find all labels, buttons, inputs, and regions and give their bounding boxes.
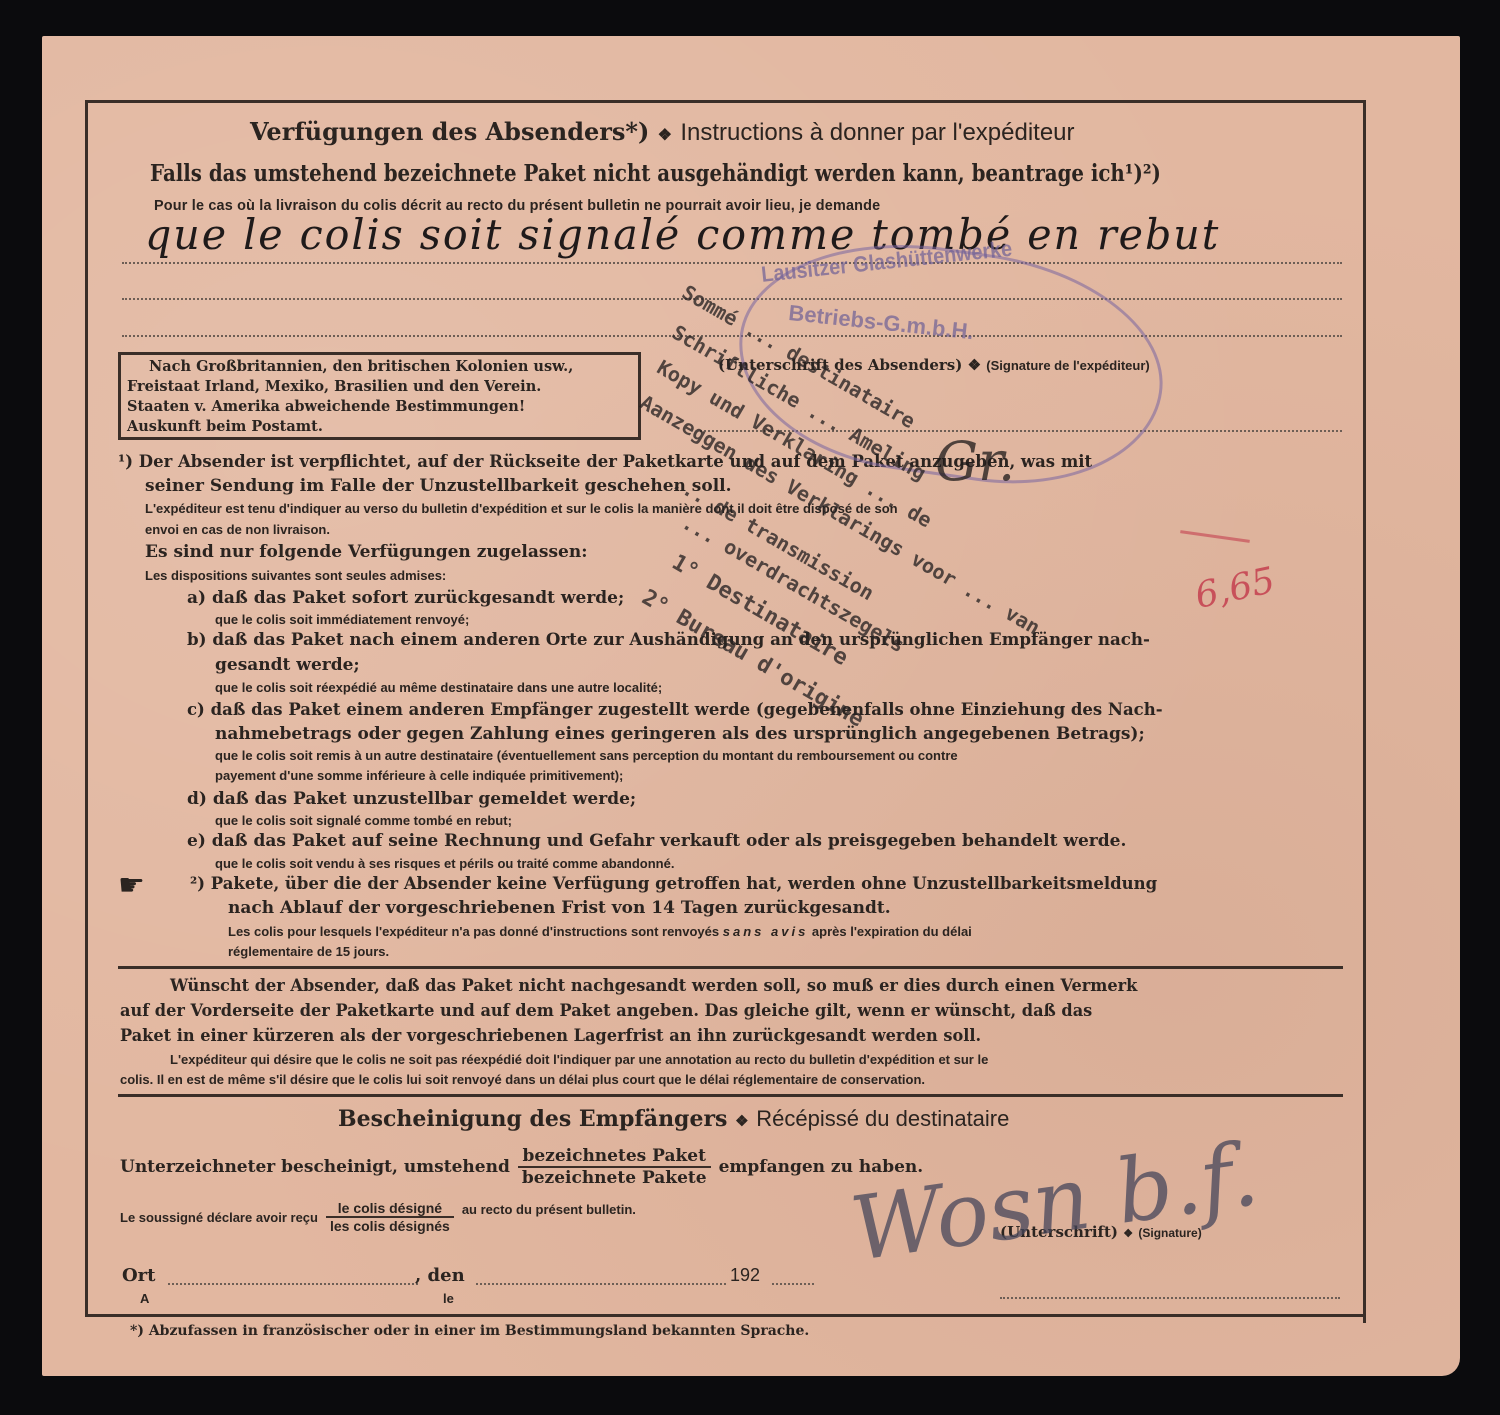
- year-field[interactable]: [772, 1283, 814, 1285]
- footnote2-fr-text: après l'expiration du délai: [812, 924, 972, 939]
- title-fr: Instructions à donner par l'expéditeur: [680, 119, 1074, 146]
- notice-box: Nach Großbritannien, den britischen Kolo…: [118, 352, 641, 440]
- footnote-marker: ¹): [118, 452, 133, 472]
- receipt-title-de: Bescheinigung des Empfängers: [338, 1106, 727, 1132]
- receipt-fr-suffix: au recto du présent bulletin.: [462, 1202, 636, 1217]
- forwarding-fr-line1: L'expéditeur qui désire que le colis ne …: [170, 1052, 988, 1067]
- instruction-line-3: [122, 335, 1342, 337]
- request-de: Falls das umstehend bezeichnete Paket ni…: [150, 160, 1161, 187]
- fraction-denominator: les colis désignés: [326, 1218, 454, 1234]
- allowed-fr: Les dispositions suivantes sont seules a…: [145, 568, 446, 583]
- option-b-de: b) daß das Paket nach einem anderen Orte…: [187, 630, 1150, 650]
- footnote2-text: Pakete, über die der Absender keine Verf…: [211, 874, 1157, 894]
- option-a-de: a) daß das Paket sofort zurückgesandt we…: [187, 588, 624, 608]
- option-letter: e): [187, 831, 206, 851]
- footnote2-fr-line2: réglementaire de 15 jours.: [228, 944, 389, 959]
- footer-note: *) Abzufassen in französischer oder in e…: [130, 1323, 809, 1339]
- notice-line: Nach Großbritannien, den britischen Kolo…: [127, 357, 632, 377]
- footnote1-fr-line2: envoi en cas de non livraison.: [145, 522, 330, 537]
- footnote1-fr-line1: L'expéditeur est tenu d'indiquer au vers…: [145, 501, 898, 516]
- option-text: daß das Paket auf seine Rechnung und Gef…: [212, 831, 1127, 851]
- receipt-fr-prefix: Le soussigné déclare avoir reçu: [120, 1210, 318, 1225]
- date-label-fr: le: [443, 1291, 454, 1306]
- option-letter: d): [187, 789, 207, 809]
- receipt-fr-statement: Le soussigné déclare avoir reçu le colis…: [120, 1200, 636, 1234]
- receipt-title: Bescheinigung des Empfängers ❖ Récépissé…: [338, 1106, 1009, 1132]
- sans-avis-emphasis: sans avis: [723, 924, 809, 939]
- fraction-numerator: bezeichnetes Paket: [518, 1146, 711, 1168]
- separator-icon: ❖: [735, 1112, 748, 1130]
- forwarding-fr-line2: colis. Il en est de même s'il désire que…: [120, 1072, 925, 1087]
- receipt-de-statement: Unterzeichneter bescheinigt, umstehend b…: [120, 1146, 923, 1188]
- receiver-signature-line[interactable]: [1000, 1297, 1340, 1299]
- fraction-denominator: bezeichnete Pakete: [518, 1168, 711, 1188]
- option-text: daß das Paket sofort zurückgesandt werde…: [212, 588, 624, 608]
- option-text: daß das Paket einem anderen Empfänger zu…: [211, 700, 1163, 720]
- handwritten-initials: Gr.: [935, 430, 1015, 493]
- receipt-fr-fraction: le colis désigné les colis désignés: [326, 1200, 454, 1234]
- footnote2-de-line1: ²) Pakete, über die der Absender keine V…: [190, 874, 1157, 894]
- place-label: Ort: [122, 1265, 155, 1286]
- pointing-hand-icon: ☛: [118, 868, 145, 903]
- notice-line: Staaten v. Amerika abweichende Bestimmun…: [127, 397, 632, 417]
- notice-line: Freistaat Irland, Mexiko, Brasilien und …: [127, 377, 632, 397]
- footnote2-de-line2: nach Ablauf der vorgeschriebenen Frist v…: [228, 898, 891, 918]
- divider: [118, 1094, 1343, 1097]
- receipt-title-fr: Récépissé du destinataire: [756, 1106, 1009, 1131]
- header-title: Verfügungen des Absenders*) ❖ Instructio…: [250, 117, 1075, 147]
- separator-icon: ❖: [658, 125, 672, 144]
- option-c-de-cont: nahmebetrags oder gegen Zahlung eines ge…: [215, 724, 1145, 744]
- option-letter: a): [187, 588, 206, 608]
- allowed-de: Es sind nur folgende Verfügungen zugelas…: [145, 542, 587, 562]
- option-c-de: c) daß das Paket einem anderen Empfänger…: [187, 700, 1163, 720]
- option-d-de: d) daß das Paket unzustellbar gemeldet w…: [187, 789, 636, 809]
- option-c-fr-cont: payement d'une somme inférieure à celle …: [215, 768, 623, 783]
- forwarding-de-line3: Paket in einer kürzeren als der vorgesch…: [120, 1026, 981, 1046]
- year-prefix: 192: [730, 1265, 760, 1286]
- option-letter: c): [187, 700, 205, 720]
- place-field[interactable]: [168, 1283, 418, 1285]
- option-letter: b): [187, 630, 207, 650]
- fraction-numerator: le colis désigné: [326, 1200, 454, 1218]
- notice-line: Auskunft beim Postamt.: [127, 417, 632, 437]
- divider: [118, 966, 1343, 969]
- instruction-line-2: [122, 298, 1342, 300]
- receipt-de-prefix: Unterzeichneter bescheinigt, umstehend: [120, 1157, 510, 1177]
- option-b-de-cont: gesandt werde;: [215, 655, 360, 675]
- forwarding-de-line1: Wünscht der Absender, daß das Paket nich…: [170, 976, 1137, 996]
- footnote1-de-line2: seiner Sendung im Falle der Unzustellbar…: [145, 476, 732, 496]
- option-d-fr: que le colis soit signalé comme tombé en…: [215, 813, 512, 828]
- option-e-fr: que le colis soit vendu à ses risques et…: [215, 856, 674, 871]
- option-text: daß das Paket nach einem anderen Orte zu…: [212, 630, 1150, 650]
- footnote2-fr-text: Les colis pour lesquels l'expéditeur n'a…: [228, 924, 719, 939]
- forwarding-de-line2: auf der Vorderseite der Paketkarte und a…: [120, 1001, 1092, 1021]
- date-field[interactable]: [476, 1283, 726, 1285]
- handwritten-instruction: que le colis soit signalé comme tombé en…: [145, 210, 1220, 259]
- instruction-line-1: [122, 262, 1342, 264]
- footnote-marker: ²): [190, 874, 205, 894]
- place-label-fr: A: [140, 1291, 149, 1306]
- form-frame-bottom: [85, 1314, 1366, 1317]
- receipt-de-fraction: bezeichnetes Paket bezeichnete Pakete: [518, 1146, 711, 1188]
- date-label: , den: [415, 1265, 465, 1286]
- footnote2-fr-line1: Les colis pour lesquels l'expéditeur n'a…: [228, 924, 972, 939]
- option-a-fr: que le colis soit immédiatement renvoyé;: [215, 612, 469, 627]
- option-text: daß das Paket unzustellbar gemeldet werd…: [213, 789, 636, 809]
- title-de: Verfügungen des Absenders*): [250, 117, 649, 146]
- option-e-de: e) daß das Paket auf seine Rechnung und …: [187, 831, 1126, 851]
- option-c-fr: que le colis soit remis à un autre desti…: [215, 748, 958, 763]
- option-b-fr: que le colis soit réexpédié au même dest…: [215, 680, 662, 695]
- form-frame-left: [85, 100, 88, 1317]
